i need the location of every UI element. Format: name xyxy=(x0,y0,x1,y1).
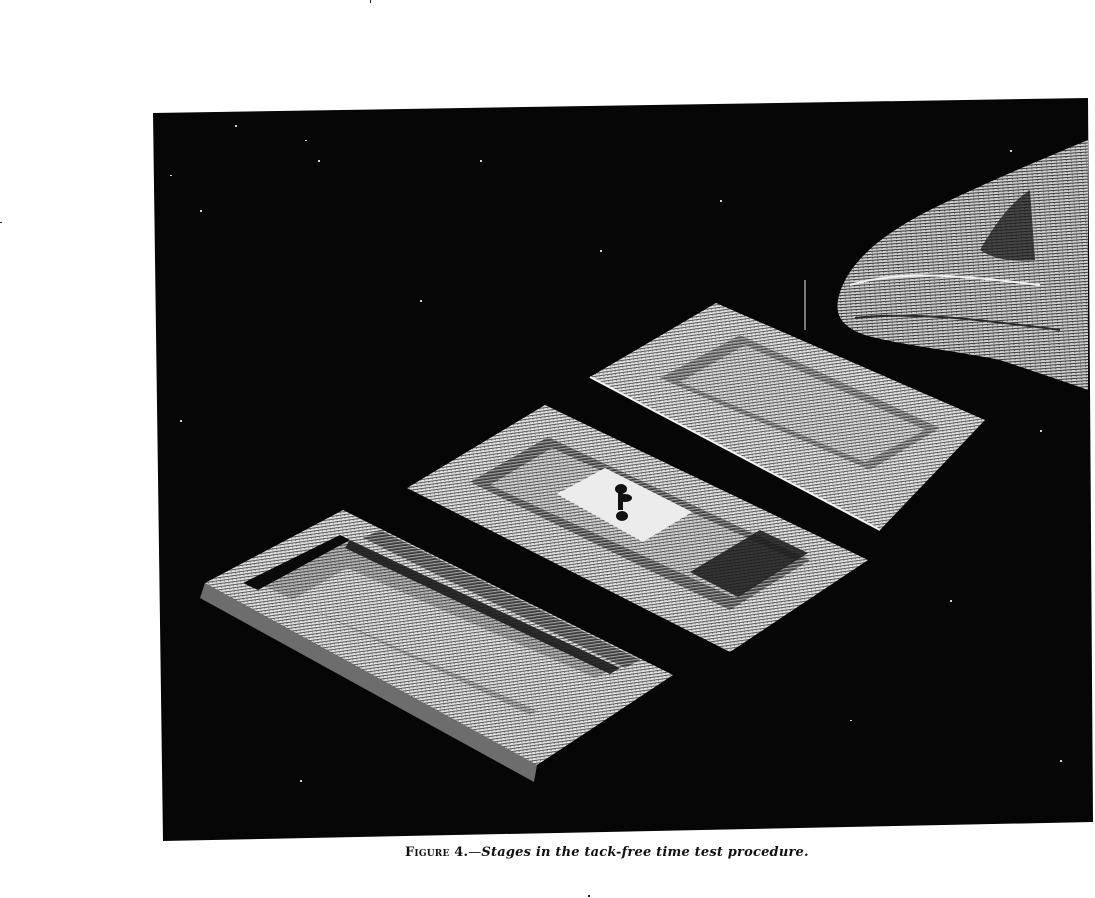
page-mark xyxy=(370,0,371,3)
page-mark xyxy=(588,895,590,897)
figure-photograph xyxy=(0,0,1095,898)
caption-dash: — xyxy=(468,845,481,860)
page-mark xyxy=(0,222,2,223)
figure-label: Figure 4. xyxy=(405,845,468,860)
document-page: Figure 4.—Stages in the tack-free time t… xyxy=(0,0,1095,898)
caption-text: Stages in the tack-free time test proced… xyxy=(481,845,808,860)
figure-caption: Figure 4.—Stages in the tack-free time t… xyxy=(405,845,875,860)
